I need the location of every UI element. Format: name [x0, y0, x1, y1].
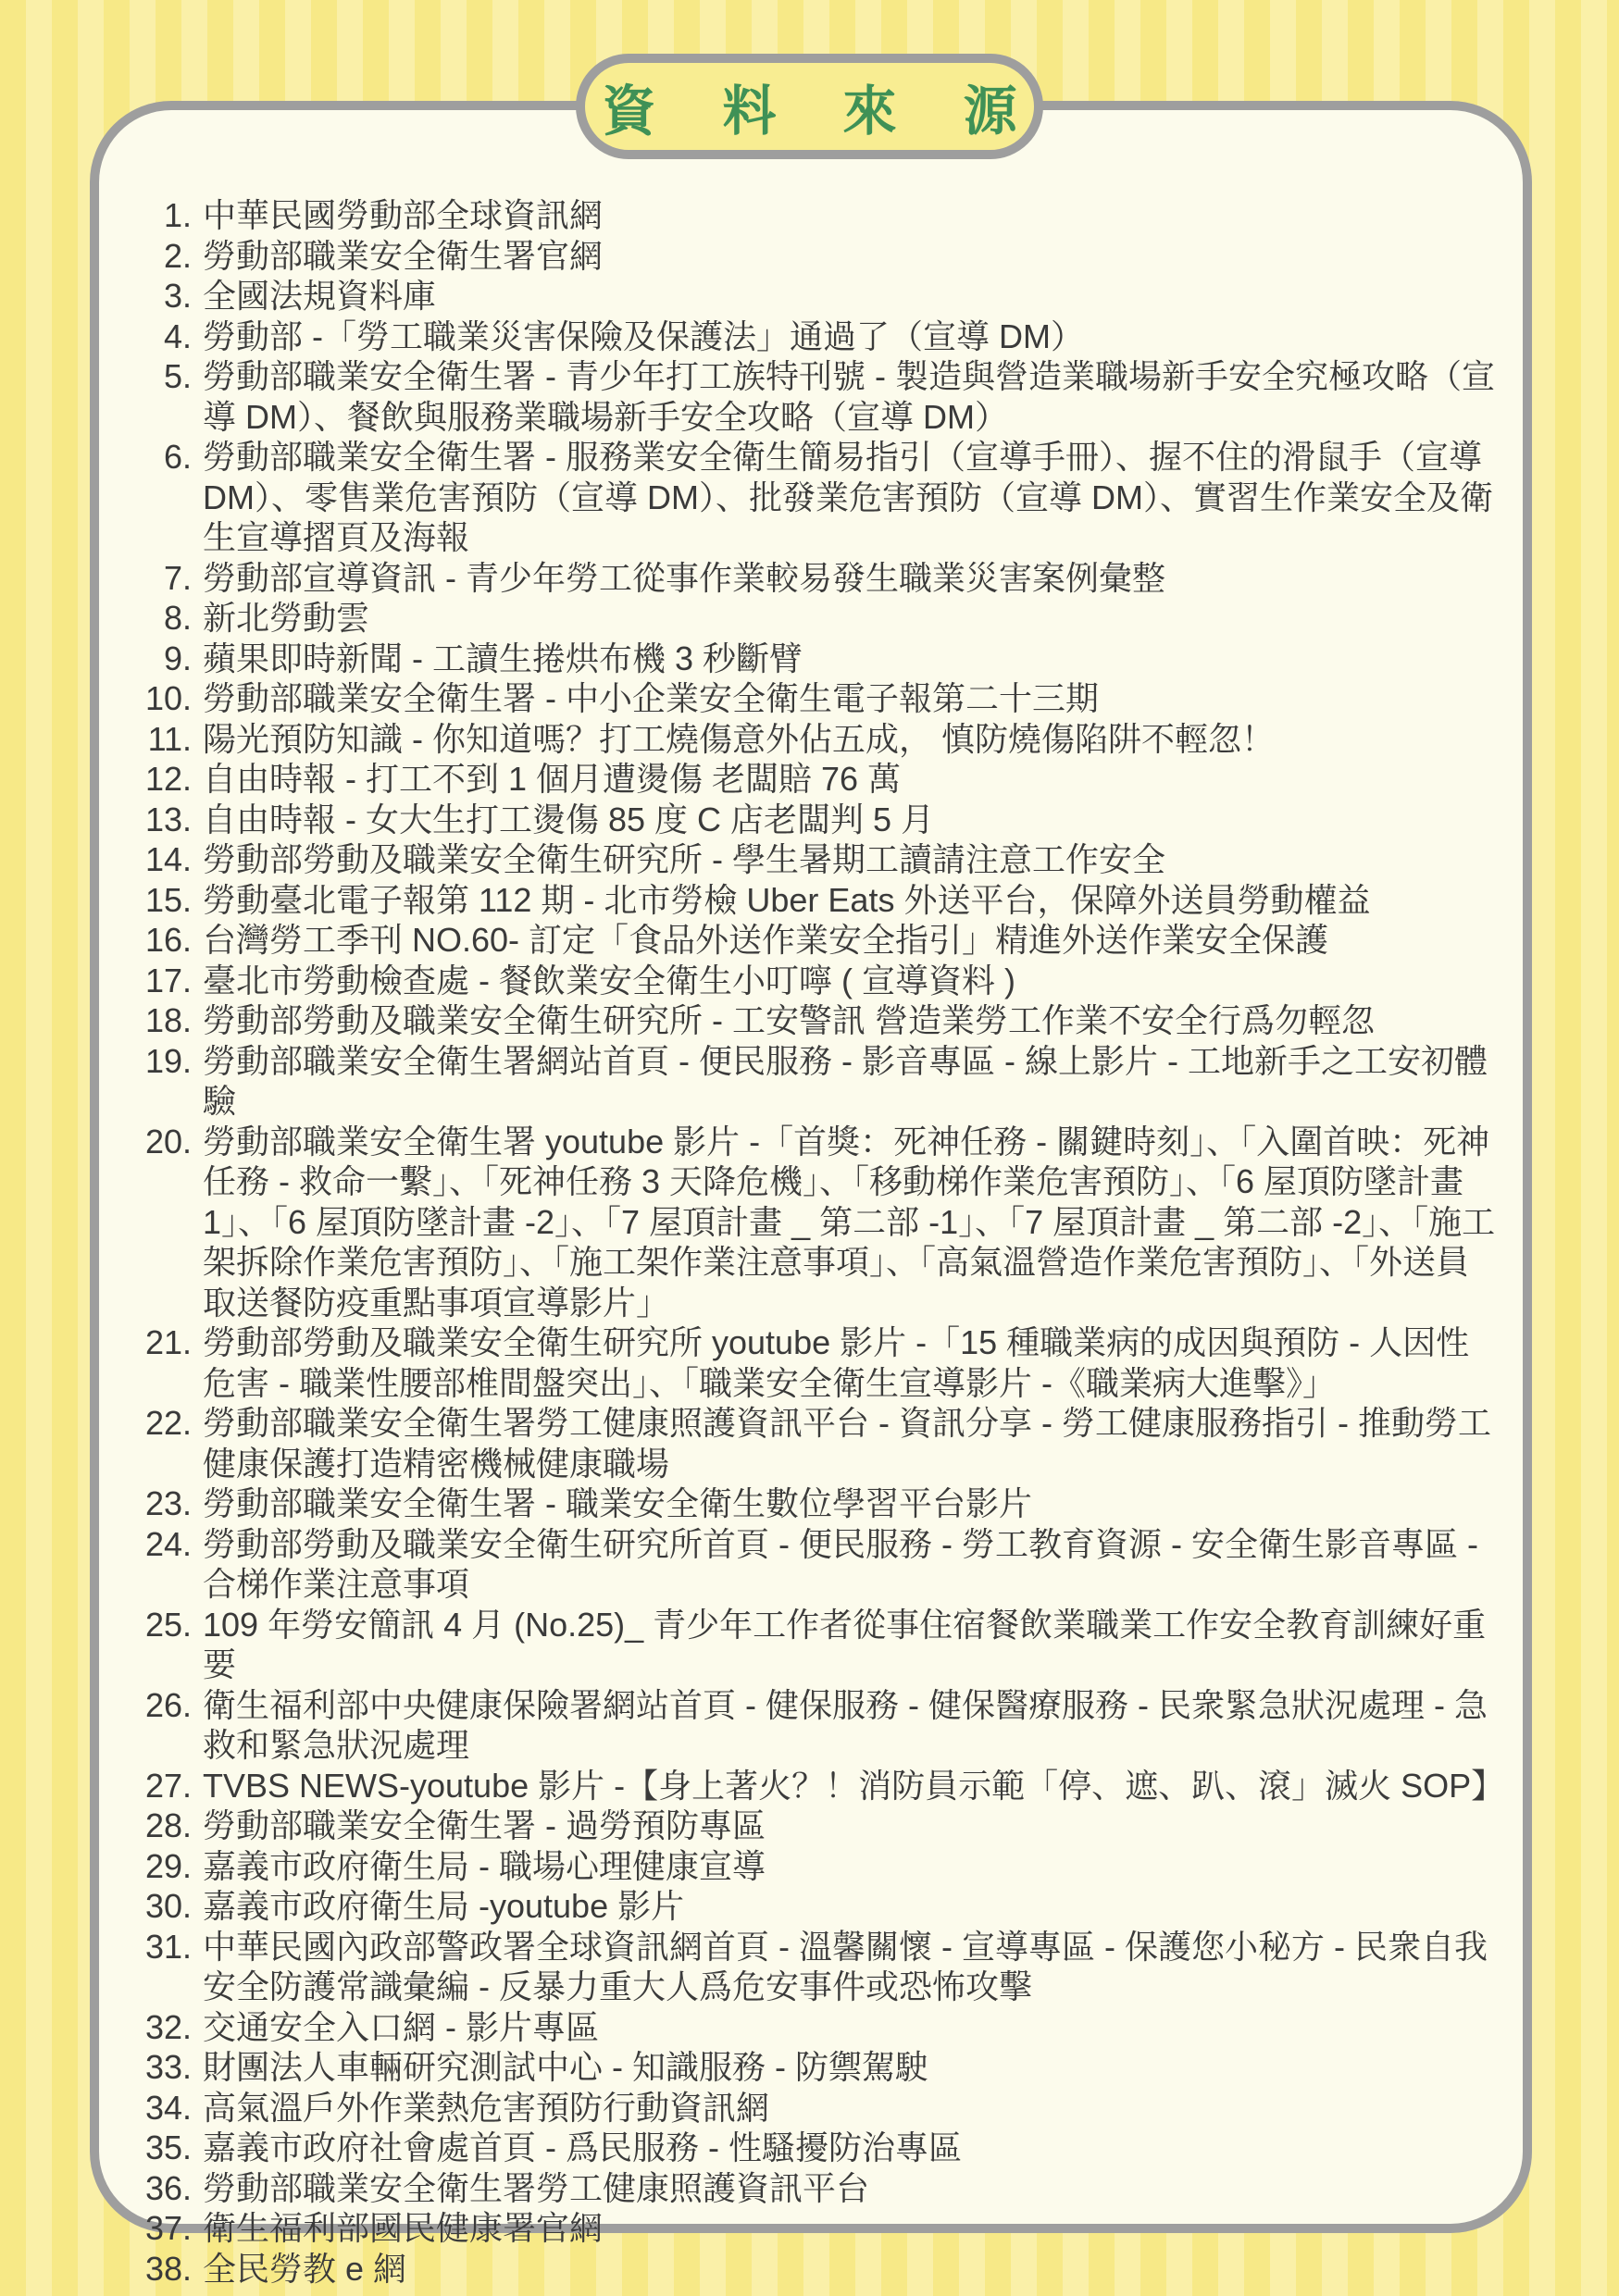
item-text: 勞動部勞動及職業安全衛生研究所 youtube 影片 -「15 種職業病的成因與… [203, 1322, 1497, 1403]
item-number: 11. [99, 719, 192, 760]
item-number: 33. [99, 2047, 192, 2088]
item-text: 嘉義市政府衛生局 -youtube 影片 [203, 1886, 1497, 1927]
item-number: 17. [99, 961, 192, 1001]
item-text: 高氣溫戶外作業熱危害預防行動資訊網 [203, 2088, 1497, 2128]
item-text: TVBS NEWS-youtube 影片 -【身上著火？！消防員示範「停、遮、趴… [203, 1766, 1497, 1806]
item-text: 全民勞教 e 網 [203, 2249, 1497, 2290]
item-text: 自由時報 - 女大生打工燙傷 85 度 C 店老闆判 5 月 [203, 800, 1497, 840]
item-text: 財團法人車輛研究測試中心 - 知識服務 - 防禦駕駛 [203, 2047, 1497, 2088]
item-text: 勞動部職業安全衛生署勞工健康照護資訊平台 [203, 2168, 1497, 2209]
item-text: 勞動部職業安全衛生署 - 過勞預防專區 [203, 1806, 1497, 1846]
item-text: 勞動部職業安全衛生署 - 青少年打工族特刊號 - 製造與營造業職場新手安全究極攻… [203, 356, 1497, 437]
item-text: 109 年勞安簡訊 4 月 (No.25)_ 青少年工作者從事住宿餐飲業職業工作… [203, 1605, 1497, 1685]
item-number: 34. [99, 2088, 192, 2128]
item-text: 交通安全入口網 - 影片專區 [203, 2007, 1497, 2048]
item-text: 嘉義市政府衛生局 - 職場心理健康宣導 [203, 1846, 1497, 1887]
item-number: 29. [99, 1846, 192, 1887]
list-item: 6.勞動部職業安全衛生署 - 服務業安全衛生簡易指引（宣導手冊）、握不住的滑鼠手… [99, 437, 1497, 558]
list-item: 2.勞動部職業安全衛生署官網 [99, 236, 1497, 277]
list-item: 3.全國法規資料庫 [99, 276, 1497, 316]
item-text: 勞動部勞動及職業安全衛生研究所 - 工安警訊 營造業勞工作業不安全行爲勿輕忽 [203, 1000, 1497, 1041]
list-item: 23.勞動部職業安全衛生署 - 職業安全衛生數位學習平台影片 [99, 1483, 1497, 1524]
item-text: 勞動部宣導資訊 - 青少年勞工從事作業較易發生職業災害案例彙整 [203, 558, 1497, 599]
list-item: 35.嘉義市政府社會處首頁 - 爲民服務 - 性騷擾防治專區 [99, 2128, 1497, 2168]
item-number: 13. [99, 800, 192, 840]
item-number: 16. [99, 920, 192, 961]
list-item: 34.高氣溫戶外作業熱危害預防行動資訊網 [99, 2088, 1497, 2128]
list-item: 15.勞動臺北電子報第 112 期 - 北市勞檢 Uber Eats 外送平台，… [99, 880, 1497, 921]
item-number: 25. [99, 1605, 192, 1685]
item-number: 23. [99, 1483, 192, 1524]
page-title: 資 料 來 源 [602, 68, 1042, 145]
item-text: 勞動部勞動及職業安全衛生研究所首頁 - 便民服務 - 勞工教育資源 - 安全衛生… [203, 1524, 1497, 1605]
item-text: 自由時報 - 打工不到 1 個月遭燙傷 老闆賠 76 萬 [203, 759, 1497, 800]
item-number: 3. [99, 276, 192, 316]
item-text: 臺北市勞動檢查處 - 餐飲業安全衛生小叮嚀 ( 宣導資料 ) [203, 961, 1497, 1001]
item-number: 18. [99, 1000, 192, 1041]
item-text: 嘉義市政府社會處首頁 - 爲民服務 - 性騷擾防治專區 [203, 2128, 1497, 2168]
list-item: 28.勞動部職業安全衛生署 - 過勞預防專區 [99, 1806, 1497, 1846]
item-text: 衛生福利部國民健康署官網 [203, 2208, 1497, 2249]
item-number: 38. [99, 2249, 192, 2290]
list-item: 8.新北勞動雲 [99, 598, 1497, 639]
item-number: 10. [99, 678, 192, 719]
item-number: 28. [99, 1806, 192, 1846]
item-number: 20. [99, 1122, 192, 1323]
list-item: 9.蘋果即時新聞 - 工讀生捲烘布機 3 秒斷臂 [99, 639, 1497, 679]
sources-card: 1.中華民國勞動部全球資訊網2.勞動部職業安全衛生署官網3.全國法規資料庫4.勞… [90, 101, 1532, 2233]
item-number: 1. [99, 195, 192, 236]
item-number: 30. [99, 1886, 192, 1927]
list-item: 11.陽光預防知識 - 你知道嗎？打工燒傷意外佔五成， 慎防燒傷陷阱不輕忽！ [99, 719, 1497, 760]
item-number: 7. [99, 558, 192, 599]
item-number: 26. [99, 1685, 192, 1766]
list-item: 25.109 年勞安簡訊 4 月 (No.25)_ 青少年工作者從事住宿餐飲業職… [99, 1605, 1497, 1685]
list-item: 10.勞動部職業安全衛生署 - 中小企業安全衛生電子報第二十三期 [99, 678, 1497, 719]
item-number: 24. [99, 1524, 192, 1605]
list-item: 14.勞動部勞動及職業安全衛生研究所 - 學生暑期工讀請注意工作安全 [99, 839, 1497, 880]
list-item: 13.自由時報 - 女大生打工燙傷 85 度 C 店老闆判 5 月 [99, 800, 1497, 840]
list-item: 27.TVBS NEWS-youtube 影片 -【身上著火？！消防員示範「停、… [99, 1766, 1497, 1806]
list-item: 32.交通安全入口網 - 影片專區 [99, 2007, 1497, 2048]
list-item: 12.自由時報 - 打工不到 1 個月遭燙傷 老闆賠 76 萬 [99, 759, 1497, 800]
item-text: 勞動部職業安全衛生署 - 服務業安全衛生簡易指引（宣導手冊）、握不住的滑鼠手（宣… [203, 437, 1497, 558]
item-text: 蘋果即時新聞 - 工讀生捲烘布機 3 秒斷臂 [203, 639, 1497, 679]
item-number: 15. [99, 880, 192, 921]
item-number: 9. [99, 639, 192, 679]
item-text: 衛生福利部中央健康保險署網站首頁 - 健保服務 - 健保醫療服務 - 民衆緊急狀… [203, 1685, 1497, 1766]
item-number: 5. [99, 356, 192, 437]
list-item: 24.勞動部勞動及職業安全衛生研究所首頁 - 便民服務 - 勞工教育資源 - 安… [99, 1524, 1497, 1605]
list-item: 18.勞動部勞動及職業安全衛生研究所 - 工安警訊 營造業勞工作業不安全行爲勿輕… [99, 1000, 1497, 1041]
list-item: 36.勞動部職業安全衛生署勞工健康照護資訊平台 [99, 2168, 1497, 2209]
list-item: 22.勞動部職業安全衛生署勞工健康照護資訊平台 - 資訊分享 - 勞工健康服務指… [99, 1403, 1497, 1483]
item-text: 勞動部 -「勞工職業災害保險及保護法」通過了（宣導 DM） [203, 316, 1497, 357]
item-number: 14. [99, 839, 192, 880]
list-item: 16.台灣勞工季刊 NO.60- 訂定「食品外送作業安全指引」精進外送作業安全保… [99, 920, 1497, 961]
list-item: 5.勞動部職業安全衛生署 - 青少年打工族特刊號 - 製造與營造業職場新手安全究… [99, 356, 1497, 437]
list-item: 21.勞動部勞動及職業安全衛生研究所 youtube 影片 -「15 種職業病的… [99, 1322, 1497, 1403]
item-number: 35. [99, 2128, 192, 2168]
list-item: 26.衛生福利部中央健康保險署網站首頁 - 健保服務 - 健保醫療服務 - 民衆… [99, 1685, 1497, 1766]
item-number: 21. [99, 1322, 192, 1403]
item-number: 2. [99, 236, 192, 277]
list-item: 7.勞動部宣導資訊 - 青少年勞工從事作業較易發生職業災害案例彙整 [99, 558, 1497, 599]
item-number: 19. [99, 1041, 192, 1122]
item-text: 勞動部職業安全衛生署網站首頁 - 便民服務 - 影音專區 - 線上影片 - 工地… [203, 1041, 1497, 1122]
item-number: 4. [99, 316, 192, 357]
list-item: 1.中華民國勞動部全球資訊網 [99, 195, 1497, 236]
item-number: 36. [99, 2168, 192, 2209]
list-item: 17.臺北市勞動檢查處 - 餐飲業安全衛生小叮嚀 ( 宣導資料 ) [99, 961, 1497, 1001]
item-text: 中華民國內政部警政署全球資訊網首頁 - 溫馨關懷 - 宣導專區 - 保護您小秘方… [203, 1927, 1497, 2007]
item-number: 6. [99, 437, 192, 558]
list-item: 33.財團法人車輛研究測試中心 - 知識服務 - 防禦駕駛 [99, 2047, 1497, 2088]
item-text: 勞動部職業安全衛生署 youtube 影片 -「首獎：死神任務 - 關鍵時刻」、… [203, 1122, 1497, 1323]
list-item: 4.勞動部 -「勞工職業災害保險及保護法」通過了（宣導 DM） [99, 316, 1497, 357]
list-item: 37.衛生福利部國民健康署官網 [99, 2208, 1497, 2249]
item-number: 8. [99, 598, 192, 639]
item-number: 12. [99, 759, 192, 800]
item-text: 勞動部職業安全衛生署官網 [203, 236, 1497, 277]
title-pill: 資 料 來 源 [576, 54, 1043, 159]
item-number: 37. [99, 2208, 192, 2249]
item-text: 勞動臺北電子報第 112 期 - 北市勞檢 Uber Eats 外送平台，保障外… [203, 880, 1497, 921]
item-text: 勞動部職業安全衛生署 - 中小企業安全衛生電子報第二十三期 [203, 678, 1497, 719]
item-number: 27. [99, 1766, 192, 1806]
item-text: 全國法規資料庫 [203, 276, 1497, 316]
sources-list: 1.中華民國勞動部全球資訊網2.勞動部職業安全衛生署官網3.全國法規資料庫4.勞… [99, 110, 1523, 2289]
item-text: 中華民國勞動部全球資訊網 [203, 195, 1497, 236]
item-text: 台灣勞工季刊 NO.60- 訂定「食品外送作業安全指引」精進外送作業安全保護 [203, 920, 1497, 961]
list-item: 29.嘉義市政府衛生局 - 職場心理健康宣導 [99, 1846, 1497, 1887]
item-text: 勞動部勞動及職業安全衛生研究所 - 學生暑期工讀請注意工作安全 [203, 839, 1497, 880]
list-item: 20.勞動部職業安全衛生署 youtube 影片 -「首獎：死神任務 - 關鍵時… [99, 1122, 1497, 1323]
item-number: 22. [99, 1403, 192, 1483]
item-text: 陽光預防知識 - 你知道嗎？打工燒傷意外佔五成， 慎防燒傷陷阱不輕忽！ [203, 719, 1497, 760]
list-item: 30.嘉義市政府衛生局 -youtube 影片 [99, 1886, 1497, 1927]
item-text: 勞動部職業安全衛生署 - 職業安全衛生數位學習平台影片 [203, 1483, 1497, 1524]
list-item: 38.全民勞教 e 網 [99, 2249, 1497, 2290]
item-text: 勞動部職業安全衛生署勞工健康照護資訊平台 - 資訊分享 - 勞工健康服務指引 -… [203, 1403, 1497, 1483]
item-number: 31. [99, 1927, 192, 2007]
item-number: 32. [99, 2007, 192, 2048]
item-text: 新北勞動雲 [203, 598, 1497, 639]
list-item: 31.中華民國內政部警政署全球資訊網首頁 - 溫馨關懷 - 宣導專區 - 保護您… [99, 1927, 1497, 2007]
list-item: 19.勞動部職業安全衛生署網站首頁 - 便民服務 - 影音專區 - 線上影片 -… [99, 1041, 1497, 1122]
